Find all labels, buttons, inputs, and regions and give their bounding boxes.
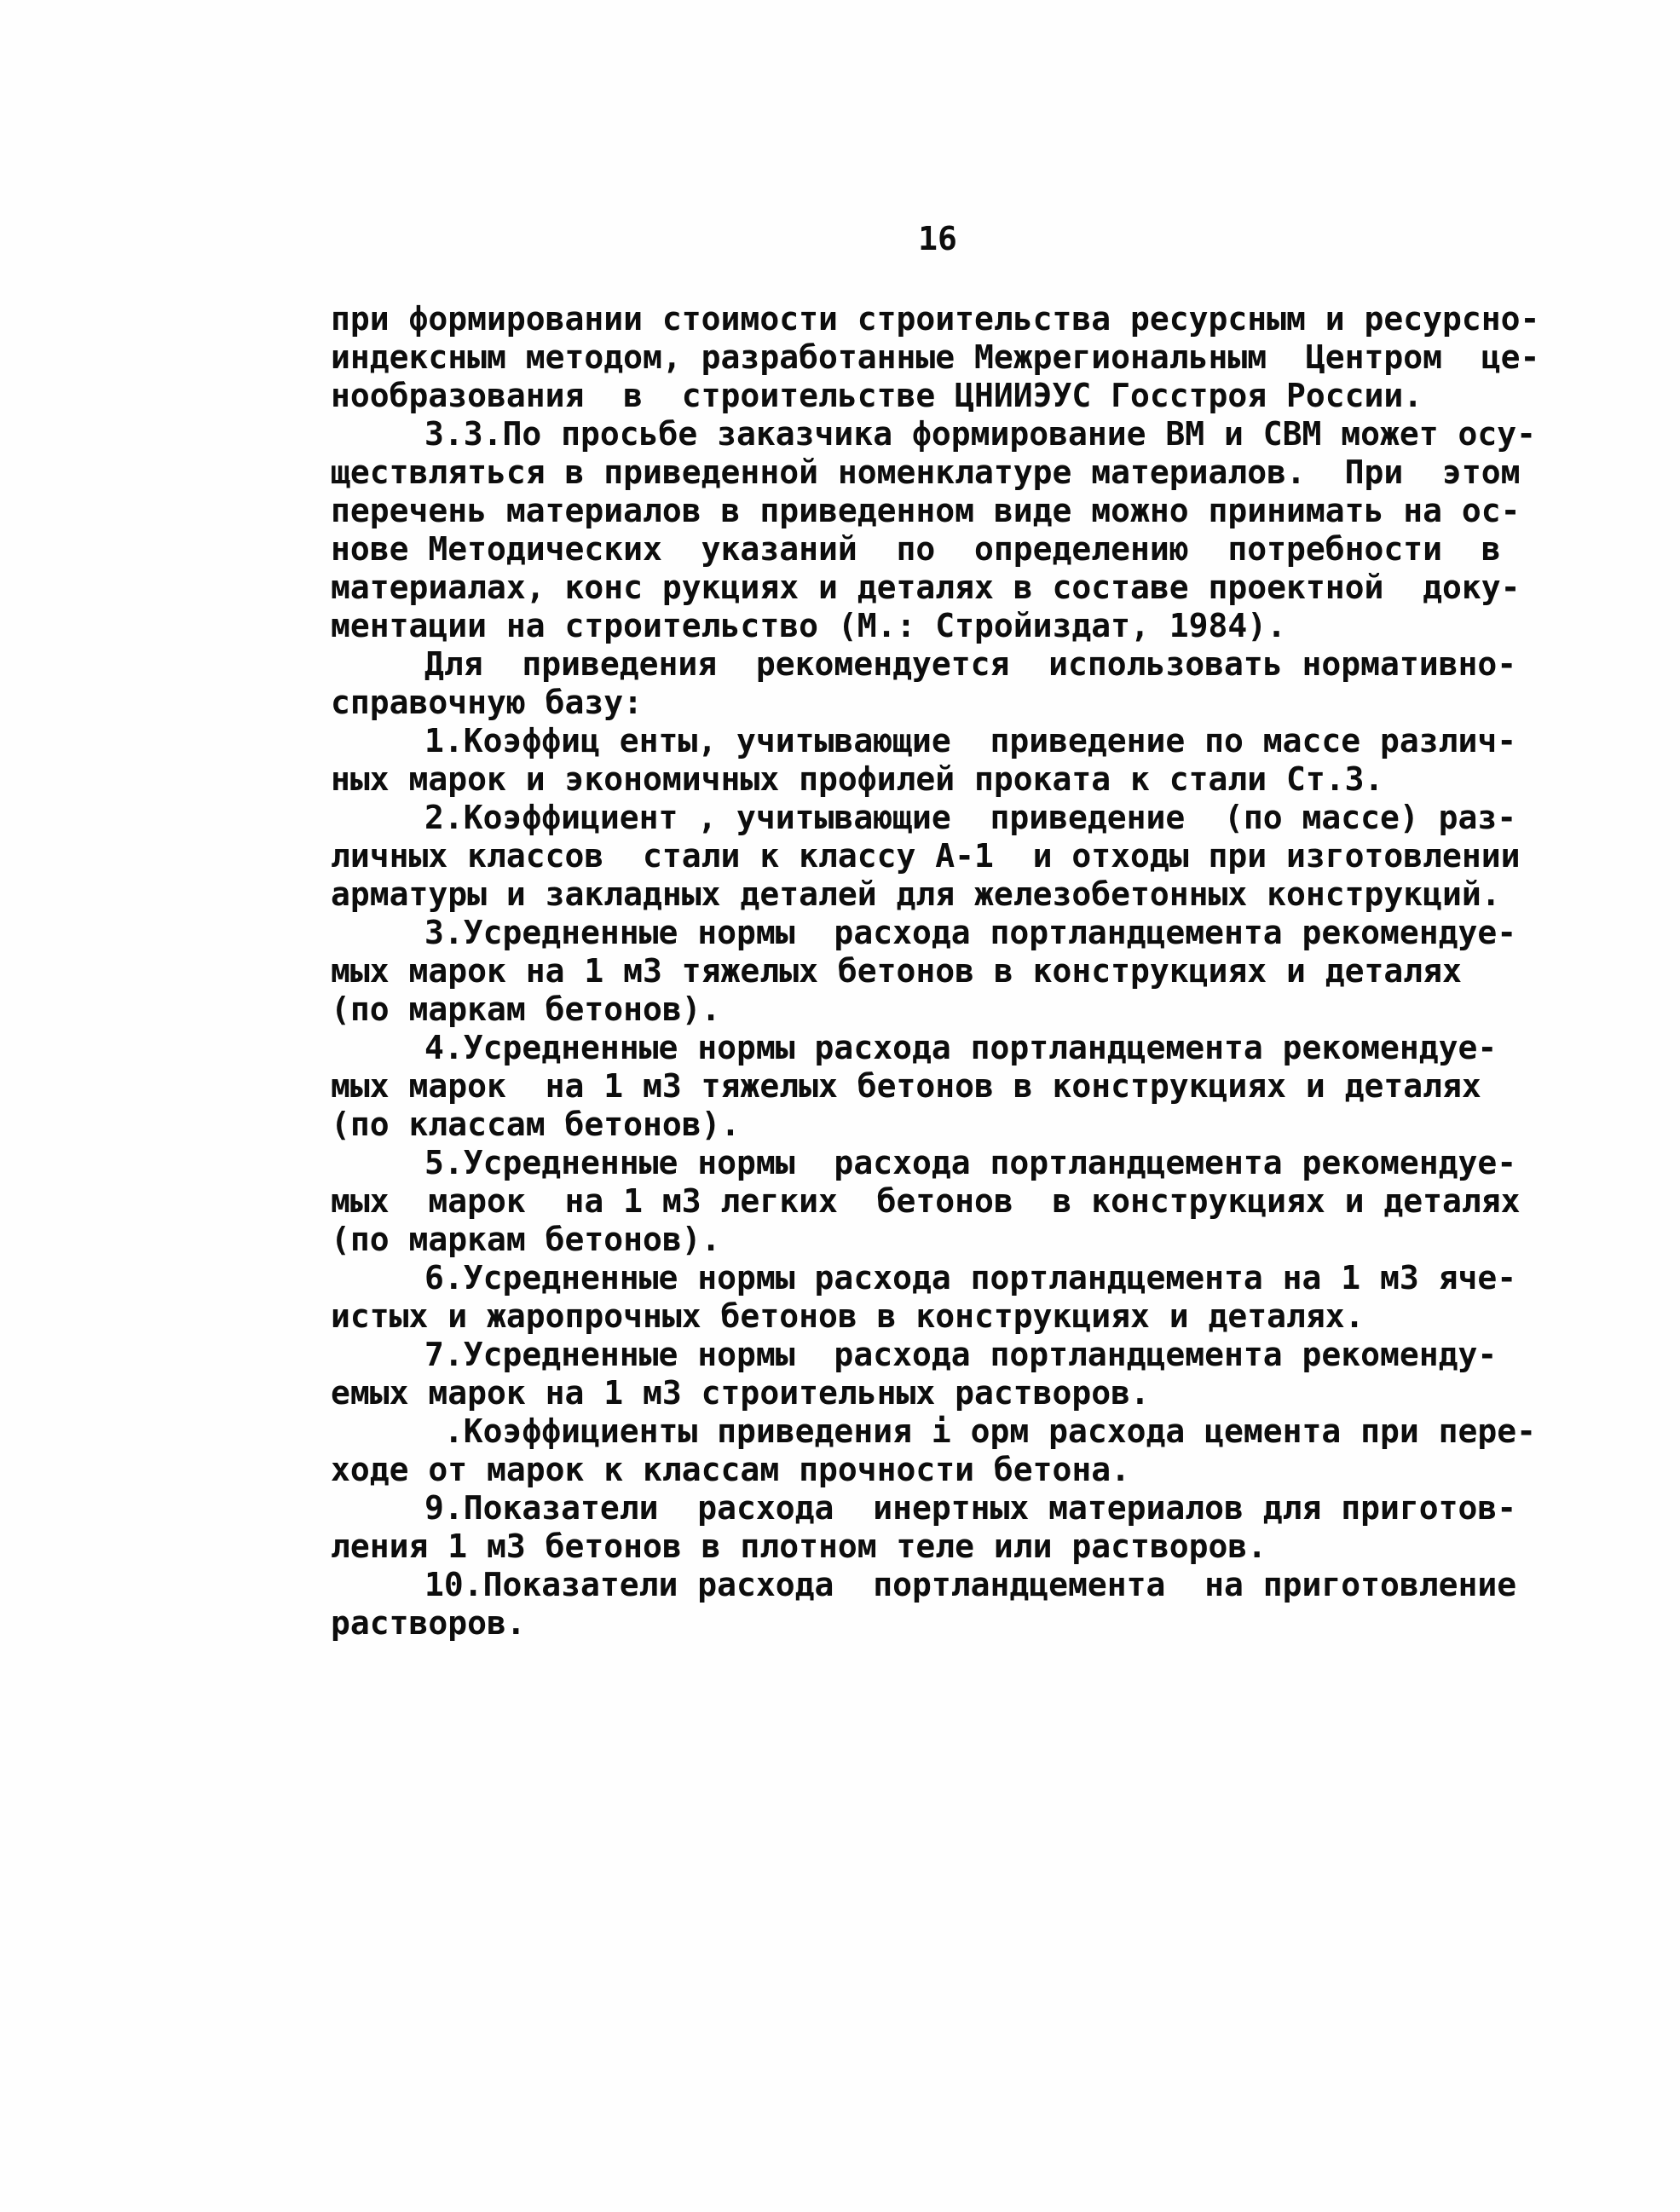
text-line: ществляться в приведенной номенклатуре м…	[331, 453, 1575, 492]
text-line: ления 1 м3 бетонов в плотном теле или ра…	[331, 1528, 1575, 1566]
text-line: растворов.	[331, 1604, 1575, 1643]
text-line: справочную базу:	[331, 684, 1575, 722]
text-block: при формировании стоимости строительства…	[331, 300, 1575, 1643]
text-line: ходе от марок к классам прочности бетона…	[331, 1451, 1575, 1489]
text-line: индексным методом, разработанные Межреги…	[331, 338, 1575, 377]
text-line: мых марок на 1 м3 тяжелых бетонов в конс…	[331, 952, 1575, 990]
text-line: (по маркам бетонов).	[331, 1221, 1575, 1259]
text-line: 2.Коэффициент , учитывающие приведение (…	[331, 799, 1575, 837]
text-line: нообразования в строительстве ЦНИИЭУС Го…	[331, 377, 1575, 415]
text-line: 7.Усредненные нормы расхода портландцеме…	[331, 1336, 1575, 1374]
text-line: при формировании стоимости строительства…	[331, 300, 1575, 338]
text-line: перечень материалов в приведенном виде м…	[331, 492, 1575, 530]
text-line: 3.Усредненные нормы расхода портландцеме…	[331, 914, 1575, 952]
text-line: 4.Усредненные нормы расхода портландцеме…	[331, 1029, 1575, 1067]
text-line: .Коэффициенты приведения i орм расхода ц…	[331, 1412, 1575, 1451]
text-line: ментации на строительство (М.: Стройизда…	[331, 607, 1575, 645]
text-line: 5.Усредненные нормы расхода портландцеме…	[331, 1144, 1575, 1182]
text-line: мых марок на 1 м3 легких бетонов в конст…	[331, 1182, 1575, 1221]
text-line: материалах, конс рукциях и деталях в сос…	[331, 569, 1575, 607]
text-line: 9.Показатели расхода инертных материалов…	[331, 1489, 1575, 1528]
page-number: 16	[332, 220, 1543, 257]
text-line: арматуры и закладных деталей для железоб…	[331, 875, 1575, 914]
text-line: 6.Усредненные нормы расхода портландцеме…	[331, 1259, 1575, 1297]
text-line: ных марок и экономичных профилей проката…	[331, 760, 1575, 799]
text-line: 3.3.По просьбе заказчика формирование ВМ…	[331, 415, 1575, 453]
text-line: мых марок на 1 м3 тяжелых бетонов в конс…	[331, 1067, 1575, 1106]
text-line: Для приведения рекомендуется использоват…	[331, 645, 1575, 684]
text-line: (по классам бетонов).	[331, 1106, 1575, 1144]
text-line: личных классов стали к классу А-1 и отхо…	[331, 837, 1575, 875]
text-line: нове Методических указаний по определени…	[331, 530, 1575, 569]
text-line: 10.Показатели расхода портландцемента на…	[331, 1566, 1575, 1604]
text-line: емых марок на 1 м3 строительных растворо…	[331, 1374, 1575, 1412]
document-page: 16 при формировании стоимости строительс…	[0, 0, 1680, 2212]
text-line: 1.Коэффиц енты, учитывающие приведение п…	[331, 722, 1575, 760]
text-line: истых и жаропрочных бетонов в конструкци…	[331, 1297, 1575, 1336]
text-line: (по маркам бетонов).	[331, 990, 1575, 1029]
